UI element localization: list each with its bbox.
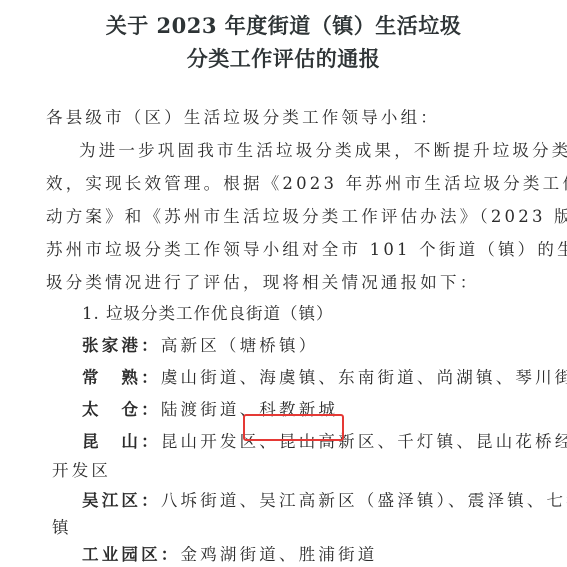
entry-continuation: 开发区 — [52, 457, 111, 481]
document-title-line-2: 分类工作评估的通报 — [0, 43, 567, 73]
paragraph-line: 动方案》和《苏州市生活垃圾分类工作评估办法》（2023 版）， — [46, 203, 567, 227]
document-title-line-1: 关于 2023 年度街道（镇）生活垃圾 — [0, 10, 567, 40]
entry-zhangjiagang: 张家港：高新区（塘桥镇） — [82, 332, 318, 356]
paragraph-line: 为进一步巩固我市生活垃圾分类成果，不断提升垃圾分类质 — [79, 137, 567, 161]
paragraph-line: 圾分类情况进行了评估，现将相关情况通报如下： — [46, 269, 479, 293]
section-heading: 1. 垃圾分类工作优良街道（镇） — [82, 300, 334, 324]
entry-label: 张家港： — [82, 336, 161, 355]
paragraph-line: 效，实现长效管理。根据《2023 年苏州市生活垃圾分类工作行 — [46, 170, 567, 194]
entry-changshu: 常 熟：虞山街道、海虞镇、东南街道、尚湖镇、琴川街道 — [82, 364, 567, 388]
entry-text: 千灯镇、昆山花桥经济 — [397, 432, 567, 451]
entry-wujiang: 吴江区：八坼街道、吴江高新区（盛泽镇）、震泽镇、七都 — [82, 487, 567, 511]
highlight-box — [243, 414, 344, 441]
entry-label: 吴江区： — [82, 491, 161, 510]
entry-label: 太 仓： — [82, 400, 161, 419]
entry-label: 工业园区： — [82, 545, 181, 564]
entry-label: 常 熟： — [82, 368, 161, 387]
entry-text: 虞山街道、海虞镇、东南街道、尚湖镇、琴川街道 — [161, 368, 567, 387]
entry-continuation: 镇 — [52, 514, 72, 538]
paragraph-line: 苏州市垃圾分类工作领导小组对全市 101 个街道（镇）的生活垃 — [46, 236, 567, 260]
entry-industrial-park: 工业园区：金鸡湖街道、胜浦街道 — [82, 541, 378, 565]
entry-text: 高新区（塘桥镇） — [161, 336, 319, 355]
entry-text: 八坼街道、吴江高新区（盛泽镇）、震泽镇、七都 — [161, 491, 567, 510]
entry-text: 金鸡湖街道、胜浦街道 — [181, 545, 378, 564]
entry-label: 昆 山： — [82, 432, 161, 451]
salutation: 各县级市（区）生活垃圾分类工作领导小组： — [46, 104, 440, 128]
